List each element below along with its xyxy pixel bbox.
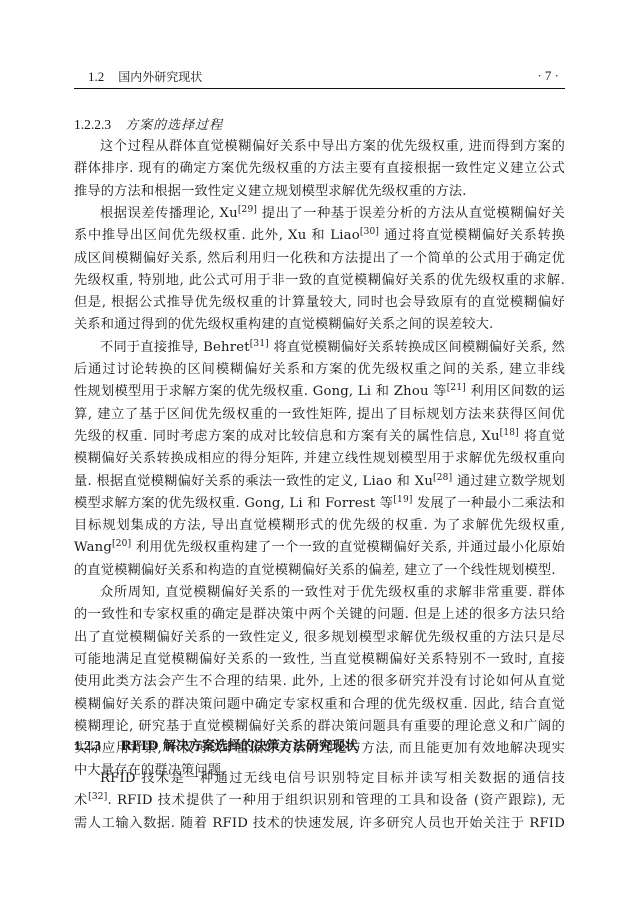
subsection-number: 1.2.2.3 — [74, 117, 111, 132]
line-text: 推导的方法和根据一致性定义建立规划模型求解优先级权重的方法. — [74, 184, 467, 199]
text-line: 关系和通过得到的优先级权重构建的直觉模糊偏好关系之间的误差较大. — [74, 314, 565, 336]
text-line: 众所周知, 直觉模糊偏好关系的一致性对于优先级权重的求解非常重要. 群体 — [100, 582, 565, 604]
section-title: RFID 解决方案选择的决策方法研究现状 — [121, 739, 358, 754]
text-line: 不同于直接推导, Behret[31] 将直觉模糊偏好关系转换成区间模糊偏好关系… — [100, 337, 565, 359]
text-line: 的一致性和专家权重的确定是群决策中两个关键的问题. 但是上述的很多方法只给 — [74, 604, 565, 626]
text-line: 量. 根据直觉模糊偏好关系的乘法一致性的定义, Liao 和 Xu[28] 通过… — [74, 471, 565, 493]
line-text: 通过将直觉模糊偏好关系转换 — [379, 228, 565, 243]
line-text: 性规划模型用于求解方案的优先级权重. Gong, Li 和 Zhou 等 — [74, 384, 447, 399]
page-number: · 7 · — [537, 68, 559, 84]
line-text: 后通过讨论转换的区间模糊偏好关系和方案的优先级权重之间的关系, 建立非线 — [74, 362, 565, 377]
line-text: 出了直觉模糊偏好关系的一致性定义, 很多规划模型求解优先级权重的方法只是尽 — [74, 630, 565, 645]
text-line: 先级的权重. 同时考虑方案的成对比较信息和方案有关的属性信息, Xu[18] 将… — [74, 426, 565, 448]
text-line: 性规划模型用于求解方案的优先级权重. Gong, Li 和 Zhou 等[21]… — [74, 381, 565, 403]
citation-ref[interactable]: [21] — [447, 383, 466, 393]
line-text: 关系和通过得到的优先级权重构建的直觉模糊偏好关系之间的误差较大. — [74, 317, 493, 332]
line-text: 算, 建立了基于区间优先级权重的一致性矩阵, 提出了目标规划方法来获得区间优 — [74, 407, 565, 422]
header-section: 1.2国内外研究现状 — [88, 68, 202, 85]
citation-ref[interactable]: [29] — [238, 205, 257, 215]
line-text: Wang — [74, 540, 112, 555]
line-text: 先级权重, 特别地, 此公式可用于非一致的直觉模糊偏好关系的优先级权重的求解. — [74, 273, 565, 288]
line-text: 但是, 根据公式推导优先级权重的计算量较大, 同时也会导致原有的直觉模糊偏好 — [74, 295, 565, 310]
line-text: 发展了一种最小二乘法和 — [413, 496, 565, 511]
line-text: 这个过程从群体直觉模糊偏好关系中导出方案的优先级权重, 进而得到方案的 — [100, 139, 565, 154]
text-line: 后通过讨论转换的区间模糊偏好关系和方案的优先级权重之间的关系, 建立非线 — [74, 359, 565, 381]
subsection-title: 方案的选择过程 — [125, 118, 223, 133]
text-line: 推导的方法和根据一致性定义建立规划模型求解优先级权重的方法. — [74, 181, 565, 203]
line-text: 将直觉模糊偏好关系转换成区间模糊偏好关系, 然 — [269, 340, 565, 355]
line-text: 模型求解方案的优先级权重. Gong, Li 和 Forrest 等 — [74, 496, 393, 511]
line-text: 可能地满足直觉模糊偏好关系的一致性, 当直觉模糊偏好关系特别不一致时, 直接 — [74, 652, 565, 667]
line-text: 量. 根据直觉模糊偏好关系的乘法一致性的定义, Liao 和 Xu — [74, 474, 433, 489]
line-text: 通过建立数学规划 — [452, 474, 565, 489]
line-text: 目标规划集成的方法, 导出直觉模糊形式的优先级的权重. 为了求解优先级权重, — [74, 518, 565, 533]
line-text: 利用区间数的运 — [466, 384, 565, 399]
line-text: 将直觉 — [519, 429, 565, 444]
text-line: 模型求解方案的优先级权重. Gong, Li 和 Forrest 等[19] 发… — [74, 493, 565, 515]
text-line: 目标规划集成的方法, 导出直觉模糊形式的优先级的权重. 为了求解优先级权重, — [74, 515, 565, 537]
text-line: 群体排序. 现有的确定方案优先级权重的方法主要有直接根据一致性定义建立公式 — [74, 158, 565, 180]
line-text: . RFID 技术提供了一种用于组织识别和管理的工具和设备 (资产跟踪), 无 — [107, 793, 565, 808]
text-line: 根据误差传播理论, Xu[29] 提出了一种基于误差分析的方法从直觉模糊偏好关 — [100, 203, 565, 225]
text-line: 使用此类方法会产生不合理的结果. 此外, 上述的很多研究并没有讨论如何从直觉 — [74, 671, 565, 693]
line-text: 模糊偏好关系转换成相应的得分矩阵, 并建立线性规划模型用于求解优先级权重向 — [74, 451, 565, 466]
citation-ref[interactable]: [19] — [393, 495, 412, 505]
text-line: 这个过程从群体直觉模糊偏好关系中导出方案的优先级权重, 进而得到方案的 — [100, 136, 565, 158]
document-page: 1.2国内外研究现状 · 7 · 1.2.2.3方案的选择过程 这个过程从群体直… — [0, 0, 638, 903]
line-text: 系中推导出区间优先级权重. 此外, Xu 和 Liao — [74, 228, 360, 243]
citation-ref[interactable]: [32] — [88, 792, 107, 802]
text-line: 成区间模糊偏好关系, 然后利用归一化秩和方法提出了一个简单的公式用于确定优 — [74, 248, 565, 270]
text-line: 系中推导出区间优先级权重. 此外, Xu 和 Liao[30] 通过将直觉模糊偏… — [74, 225, 565, 247]
citation-ref[interactable]: [31] — [250, 339, 269, 349]
line-text: 众所周知, 直觉模糊偏好关系的一致性对于优先级权重的求解非常重要. 群体 — [100, 585, 565, 600]
line-text: 模糊偏好关系的群决策问题中确定专家权重和合理的优先级权重. 因此, 结合直觉 — [74, 697, 565, 712]
text-line: 出了直觉模糊偏好关系的一致性定义, 很多规划模型求解优先级权重的方法只是尽 — [74, 627, 565, 649]
line-text: 利用优先级权重构建了一个一致的直觉模糊偏好关系, 并通过最小化原始 — [131, 540, 565, 555]
line-text: 成区间模糊偏好关系, 然后利用归一化秩和方法提出了一个简单的公式用于确定优 — [74, 251, 565, 266]
section-number: 1.2.3 — [74, 738, 101, 753]
text-line: 需人工输入数据. 随着 RFID 技术的快速发展, 许多研究人员也开始关注于 R… — [74, 813, 565, 835]
line-text: 术 — [74, 793, 88, 808]
text-line: 模糊偏好关系转换成相应的得分矩阵, 并建立线性规划模型用于求解优先级权重向 — [74, 448, 565, 470]
line-text: 先级的权重. 同时考虑方案的成对比较信息和方案有关的属性信息, Xu — [74, 429, 500, 444]
section-heading: 1.2.3RFID 解决方案选择的决策方法研究现状 — [74, 735, 358, 754]
header-rule — [74, 88, 565, 89]
citation-ref[interactable]: [18] — [500, 428, 519, 438]
line-text: 不同于直接推导, Behret — [100, 340, 250, 355]
citation-ref[interactable]: [20] — [112, 539, 131, 549]
text-line: 但是, 根据公式推导优先级权重的计算量较大, 同时也会导致原有的直觉模糊偏好 — [74, 292, 565, 314]
line-text: 的一致性和专家权重的确定是群决策中两个关键的问题. 但是上述的很多方法只给 — [74, 607, 565, 622]
line-text: 根据误差传播理论, Xu — [100, 206, 238, 221]
line-text: 使用此类方法会产生不合理的结果. 此外, 上述的很多研究并没有讨论如何从直觉 — [74, 674, 565, 689]
text-line: 的直觉模糊偏好关系和构造的直觉模糊偏好关系的偏差, 建立了一个线性规划模型. — [74, 560, 565, 582]
line-text: 的直觉模糊偏好关系和构造的直觉模糊偏好关系的偏差, 建立了一个线性规划模型. — [74, 563, 556, 578]
text-line: 先级权重, 特别地, 此公式可用于非一致的直觉模糊偏好关系的优先级权重的求解. — [74, 270, 565, 292]
subsection-heading: 1.2.2.3方案的选择过程 — [74, 114, 223, 133]
header-section-number: 1.2 — [88, 69, 104, 84]
line-text: 群体排序. 现有的确定方案优先级权重的方法主要有直接根据一致性定义建立公式 — [74, 161, 565, 176]
line-text: RFID 技术是一种通过无线电信号识别特定目标并读写相关数据的通信技 — [100, 771, 565, 786]
citation-ref[interactable]: [30] — [360, 227, 379, 237]
citation-ref[interactable]: [28] — [433, 473, 452, 483]
line-text: 模糊理论, 研究基于直觉模糊偏好关系的群决策问题具有重要的理论意义和广阔的 — [74, 719, 565, 734]
text-line: 术[32]. RFID 技术提供了一种用于组织识别和管理的工具和设备 (资产跟踪… — [74, 790, 565, 812]
header-section-title: 国内外研究现状 — [118, 70, 202, 84]
line-text: 提出了一种基于误差分析的方法从直觉模糊偏好关 — [257, 206, 565, 221]
text-line: 可能地满足直觉模糊偏好关系的一致性, 当直觉模糊偏好关系特别不一致时, 直接 — [74, 649, 565, 671]
text-line: RFID 技术是一种通过无线电信号识别特定目标并读写相关数据的通信技 — [100, 768, 565, 790]
running-header: 1.2国内外研究现状 · 7 · — [74, 66, 565, 86]
text-line: Wang[20] 利用优先级权重构建了一个一致的直觉模糊偏好关系, 并通过最小化… — [74, 537, 565, 559]
line-text: 需人工输入数据. 随着 RFID 技术的快速发展, 许多研究人员也开始关注于 R… — [74, 816, 565, 831]
text-line: 模糊偏好关系的群决策问题中确定专家权重和合理的优先级权重. 因此, 结合直觉 — [74, 694, 565, 716]
text-line: 算, 建立了基于区间优先级权重的一致性矩阵, 提出了目标规划方法来获得区间优 — [74, 404, 565, 426]
